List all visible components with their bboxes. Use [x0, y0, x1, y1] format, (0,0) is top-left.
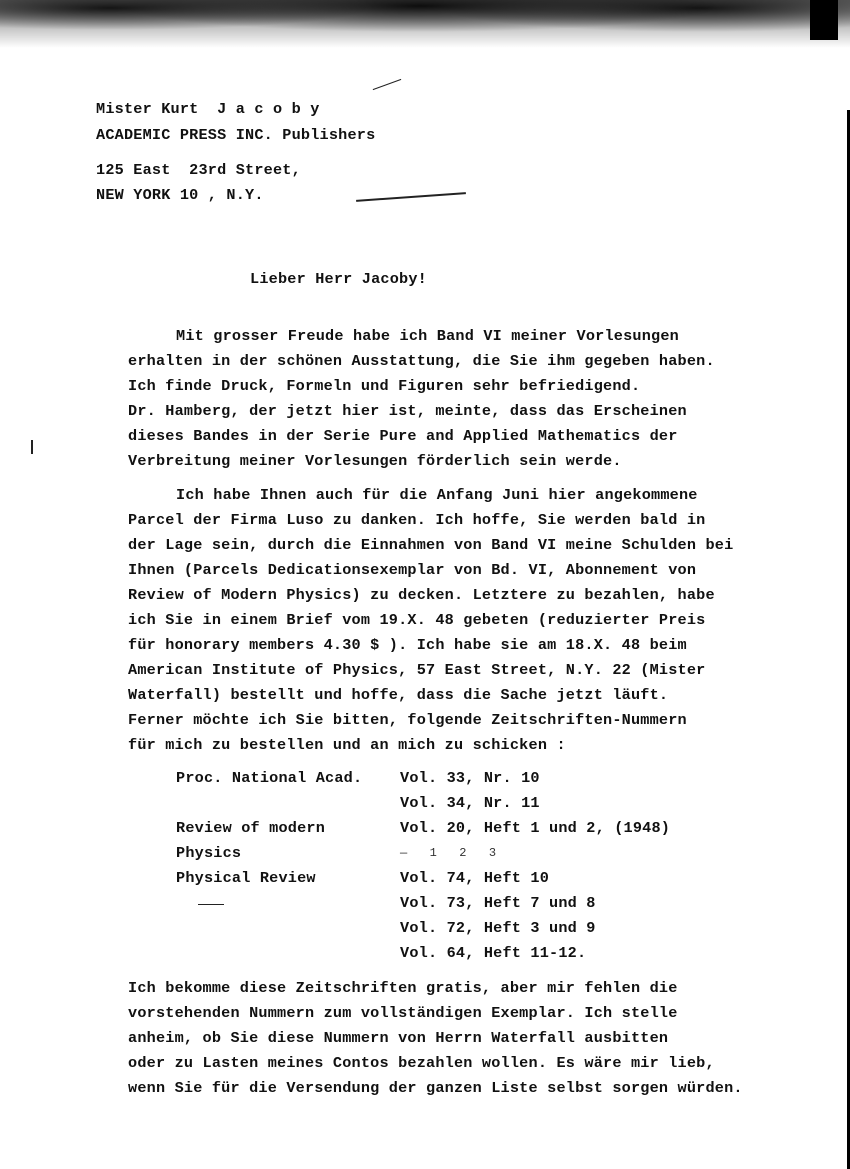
text-line: anheim, ob Sie diese Nummern von Herrn W…	[128, 1029, 668, 1047]
text-line: Ich bekomme diese Zeitschriften gratis, …	[128, 979, 678, 997]
journal-issue: Vol. 34, Nr. 11	[400, 794, 540, 812]
address-line: 125 East 23rd Street,	[96, 161, 301, 179]
pen-stroke	[356, 192, 466, 202]
scan-corner-mark	[810, 0, 838, 40]
text-line: Ihnen (Parcels Dedicationsexemplar von B…	[128, 561, 696, 579]
text-line: für mich zu bestellen und an mich zu sch…	[128, 736, 566, 754]
text-line: Waterfall) bestellt und hoffe, dass die …	[128, 686, 668, 704]
journal-name: Review of modern	[176, 819, 325, 837]
margin-mark	[31, 440, 33, 454]
pen-stroke	[373, 79, 402, 90]
text-line: für honorary members 4.30 $ ). Ich habe …	[128, 636, 687, 654]
address-line: NEW YORK 10 , N.Y.	[96, 186, 264, 204]
journal-name: Proc. National Acad.	[176, 769, 362, 787]
text-line: dieses Bandes in der Serie Pure and Appl…	[128, 427, 678, 445]
text-line: Verbreitung meiner Vorlesungen förderlic…	[128, 452, 622, 470]
text-line: Review of Modern Physics) zu decken. Let…	[128, 586, 715, 604]
journal-name: Physical Review	[176, 869, 316, 887]
address-line: Mister Kurt J a c o b y	[96, 100, 320, 118]
handwritten-annotation: — 1 2 3	[400, 844, 496, 862]
journal-issue: Vol. 73, Heft 7 und 8	[400, 894, 596, 912]
text-line: Ferner möchte ich Sie bitten, folgende Z…	[128, 711, 687, 729]
pen-stroke	[198, 904, 224, 905]
text-line: American Institute of Physics, 57 East S…	[128, 661, 705, 679]
text-line: erhalten in der schönen Ausstattung, die…	[128, 352, 715, 370]
text-line: ich Sie in einem Brief vom 19.X. 48 gebe…	[128, 611, 705, 629]
text-line: Ich finde Druck, Formeln und Figuren seh…	[128, 377, 640, 395]
journal-issue: Vol. 64, Heft 11-12.	[400, 944, 586, 962]
text-line: wenn Sie für die Versendung der ganzen L…	[128, 1079, 743, 1097]
salutation: Lieber Herr Jacoby!	[250, 270, 427, 288]
journal-issue: Vol. 72, Heft 3 und 9	[400, 919, 596, 937]
text-line: vorstehenden Nummern zum vollständigen E…	[128, 1004, 678, 1022]
text-line: Parcel der Firma Luso zu danken. Ich hof…	[128, 511, 705, 529]
text-line: der Lage sein, durch die Einnahmen von B…	[128, 536, 733, 554]
journal-issue: Vol. 33, Nr. 10	[400, 769, 540, 787]
text-line: Mit grosser Freude habe ich Band VI mein…	[176, 327, 679, 345]
text-line: Ich habe Ihnen auch für die Anfang Juni …	[176, 486, 698, 504]
scan-shadow-top	[0, 0, 850, 48]
text-line: Dr. Hamberg, der jetzt hier ist, meinte,…	[128, 402, 687, 420]
journal-name: Physics	[176, 844, 241, 862]
journal-issue: Vol. 74, Heft 10	[400, 869, 549, 887]
address-line: ACADEMIC PRESS INC. Publishers	[96, 126, 375, 144]
journal-issue: Vol. 20, Heft 1 und 2, (1948)	[400, 819, 670, 837]
text-line: oder zu Lasten meines Contos bezahlen wo…	[128, 1054, 715, 1072]
